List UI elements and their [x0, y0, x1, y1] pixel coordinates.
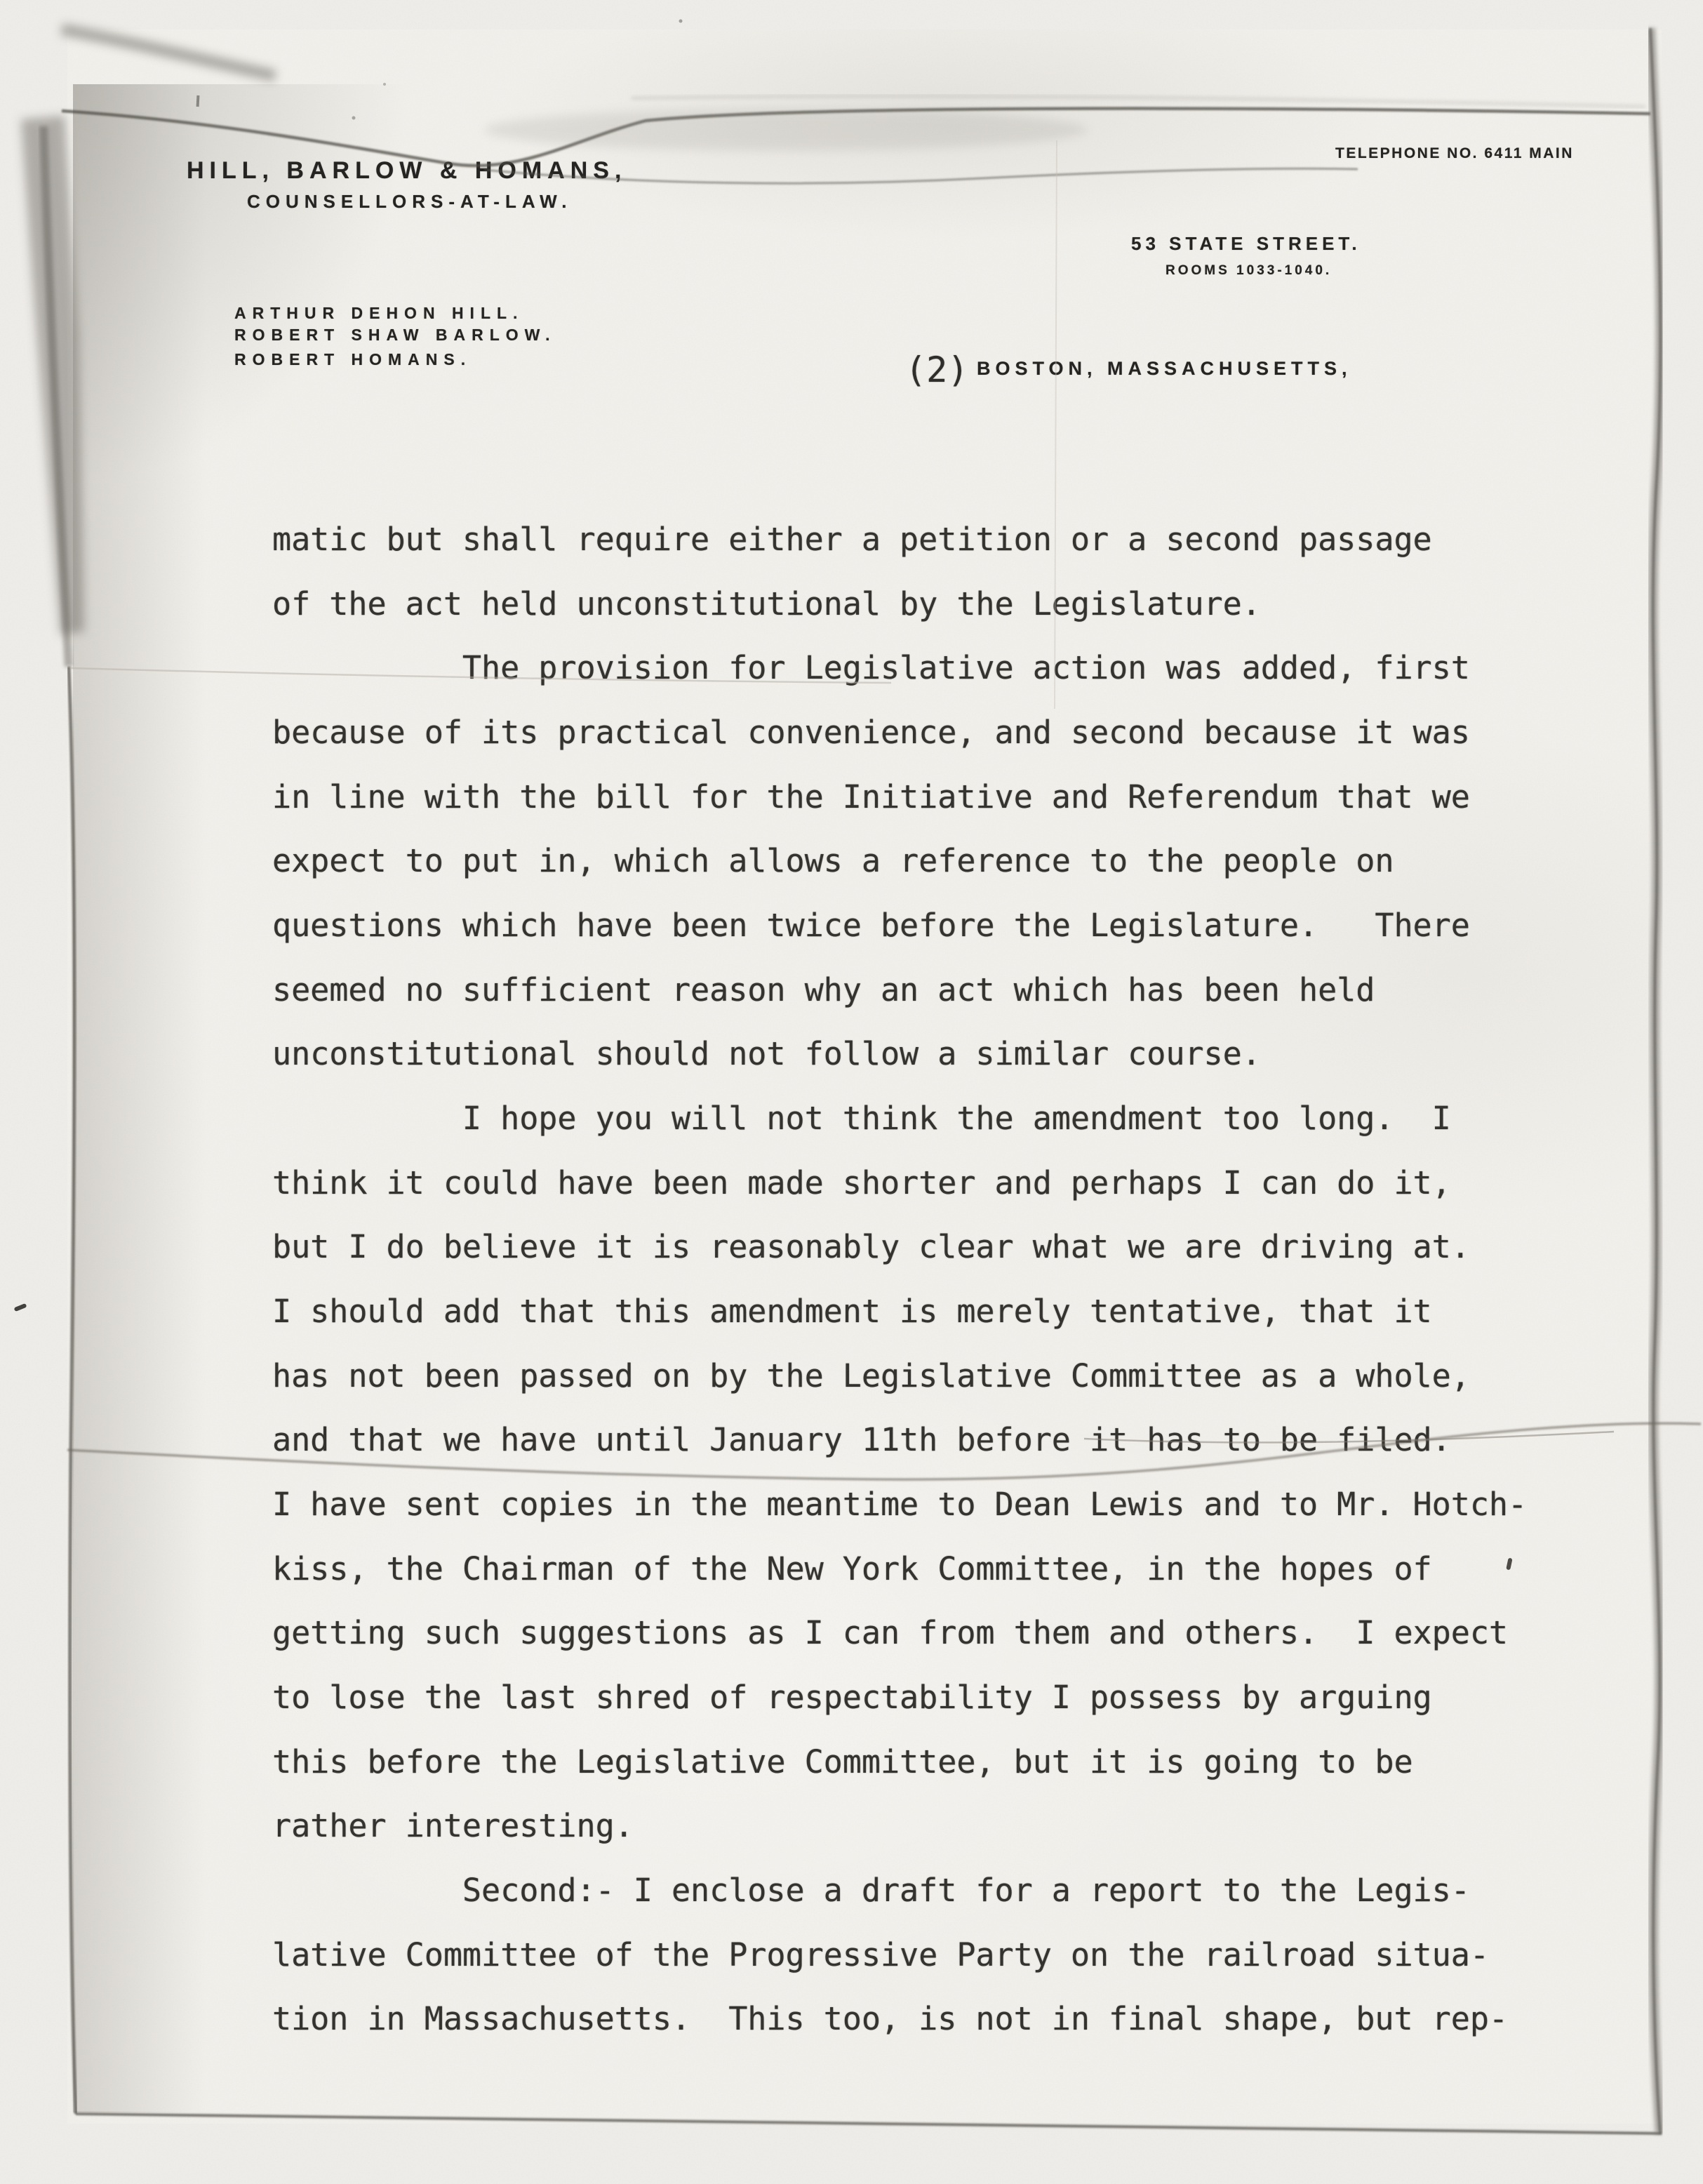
- body-line: unconstitutional should not follow a sim…: [272, 1035, 1261, 1072]
- body-line: expect to put in, which allows a referen…: [272, 842, 1394, 879]
- scanned-letter-screenshot: { "letterhead": { "firm_name": "HILL, BA…: [0, 0, 1703, 2184]
- body-line: seemed no sufficient reason why an act w…: [272, 971, 1375, 1008]
- body-line: lative Committee of the Progressive Part…: [272, 1936, 1489, 1973]
- firm-name: HILL, BARLOW & HOMANS,: [187, 157, 627, 185]
- body-line: think it could have been made shorter an…: [272, 1164, 1451, 1201]
- body-line: I should add that this amendment is mere…: [272, 1293, 1432, 1330]
- body-line: I hope you will not think the amendment …: [272, 1100, 1451, 1137]
- ink-speck: [679, 20, 683, 23]
- body-line: and that we have until January 11th befo…: [272, 1421, 1451, 1458]
- body-line: because of its practical convenience, an…: [272, 714, 1470, 751]
- rooms-line: ROOMS 1033-1040.: [1166, 263, 1332, 279]
- body-line: Second:- I enclose a draft for a report …: [272, 1872, 1470, 1909]
- attorney-name: ROBERT SHAW BARLOW.: [234, 326, 556, 345]
- firm-subtitle: COUNSELLORS-AT-LAW.: [247, 191, 573, 213]
- body-line: but I do believe it is reasonably clear …: [272, 1228, 1470, 1265]
- body-line: kiss, the Chairman of the New York Commi…: [272, 1550, 1432, 1587]
- paper-edge-left-upper: [44, 126, 69, 667]
- page-number: (2): [905, 349, 968, 390]
- body-line: of the act held unconstitutional by the …: [272, 585, 1261, 622]
- ink-speck: [14, 1303, 27, 1312]
- telephone-line: TELEPHONE NO. 6411 MAIN: [1335, 145, 1574, 162]
- body-line: getting such suggestions as I can from t…: [272, 1614, 1508, 1651]
- body-line: in line with the bill for the Initiative…: [272, 778, 1470, 815]
- body-line: The provision for Legislative action was…: [272, 649, 1470, 686]
- body-line: I have sent copies in the meantime to De…: [272, 1486, 1527, 1523]
- attorney-name: ARTHUR DEHON HILL.: [234, 304, 523, 323]
- city-line: BOSTON, MASSACHUSETTS,: [977, 358, 1352, 380]
- body-line: tion in Massachusetts. This too, is not …: [272, 2000, 1508, 2037]
- attorney-name: ROBERT HOMANS.: [234, 350, 472, 369]
- body-line: this before the Legislative Committee, b…: [272, 1743, 1413, 1780]
- top-left-corner-shadow: [73, 84, 438, 519]
- street-address: 53 STATE STREET.: [1131, 233, 1361, 255]
- body-line: rather interesting.: [272, 1807, 634, 1844]
- body-line: questions which have been twice before t…: [272, 907, 1470, 944]
- body-line: has not been passed on by the Legislativ…: [272, 1357, 1470, 1394]
- body-line: matic but shall require either a petitio…: [272, 521, 1432, 558]
- body-line: to lose the last shred of respectability…: [272, 1679, 1432, 1716]
